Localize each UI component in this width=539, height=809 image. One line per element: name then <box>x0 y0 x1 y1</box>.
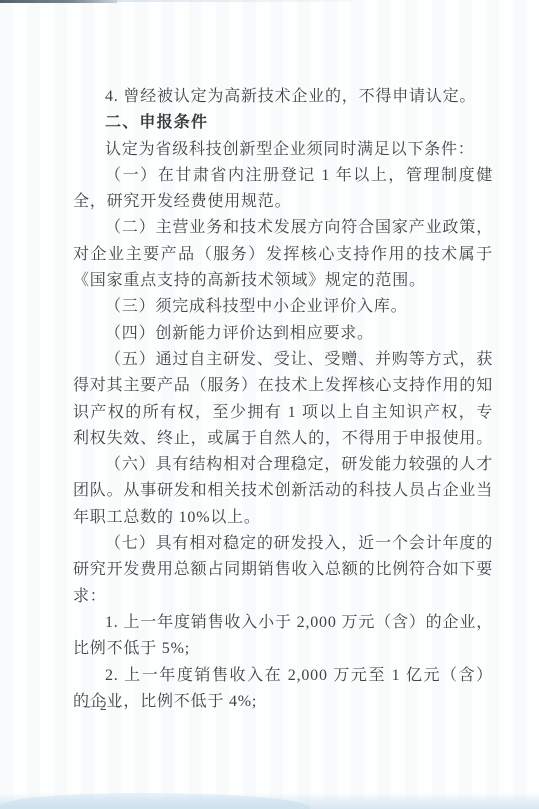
document-body: 4. 曾经被认定为高新技术企业的，不得申请认定。 二、申报条件 认定为省级科技创… <box>73 84 493 715</box>
scan-artifact-top <box>0 0 117 3</box>
paragraph: 1. 上一年度销售收入小于 2,000 万元（含）的企业，比例不低于 5%; <box>73 610 493 663</box>
scan-artifact-bottom <box>0 793 539 809</box>
paragraph: （七）具有相对稳定的研发投入，近一个会计年度的研究开发费用总额占同期销售收入总额… <box>73 531 493 610</box>
document-page: 4. 曾经被认定为高新技术企业的，不得申请认定。 二、申报条件 认定为省级科技创… <box>0 0 539 809</box>
paragraph: （三）须完成科技型中小企业评价入库。 <box>73 294 493 320</box>
paragraph: （四）创新能力评价达到相应要求。 <box>73 321 493 347</box>
paragraph: （五）通过自主研发、受让、受赠、并购等方式，获得对其主要产品（服务）在技术上发挥… <box>73 347 493 452</box>
paragraph: 4. 曾经被认定为高新技术企业的，不得申请认定。 <box>73 84 493 110</box>
paragraph: （六）具有结构相对合理稳定，研发能力较强的人才团队。从事研发和相关技术创新活动的… <box>73 452 493 531</box>
paragraph: 认定为省级科技创新型企业须同时满足以下条件： <box>73 137 493 163</box>
paragraph: 2. 上一年度销售收入在 2,000 万元至 1 亿元（含）的企业，比例不低于 … <box>73 663 493 716</box>
paragraph: （二）主营业务和技术发展方向符合国家产业政策，对企业主要产品（服务）发挥核心支持… <box>73 215 493 294</box>
paragraph: （一）在甘肃省内注册登记 1 年以上，管理制度健全，研究开发经费使用规范。 <box>73 163 493 216</box>
page-number: - 2 - <box>86 698 124 714</box>
section-heading: 二、申报条件 <box>73 110 493 136</box>
